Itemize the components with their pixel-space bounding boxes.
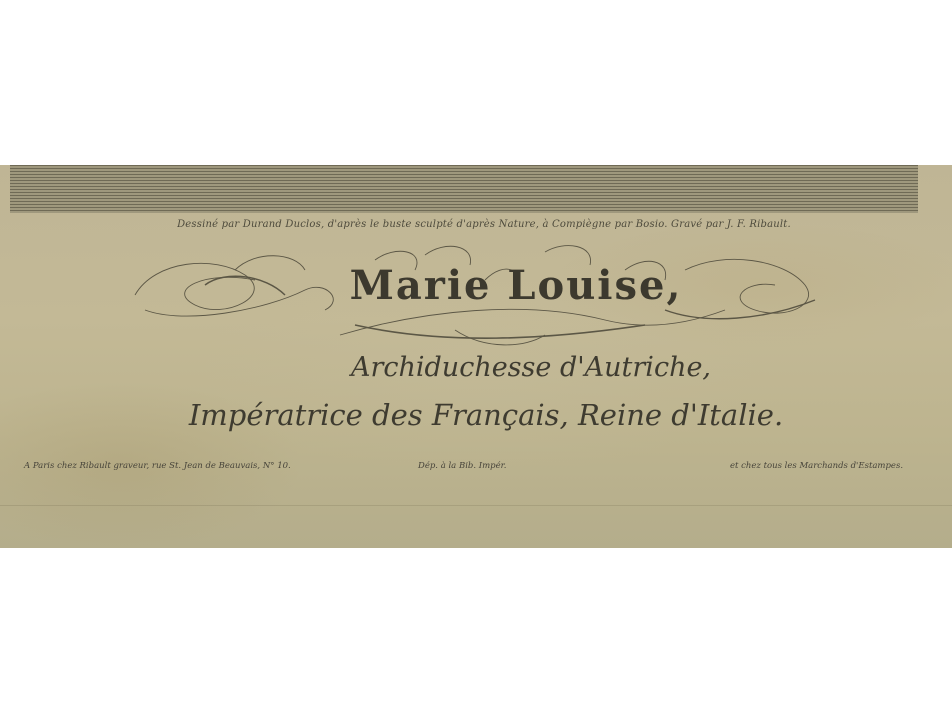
sellers-notice: et chez tous les Marchands d'Estampes. xyxy=(730,461,903,471)
hatched-border-band xyxy=(10,165,918,213)
artist-credit-line: Dessiné par Durand Duclos, d'après le bu… xyxy=(0,219,952,230)
publisher-imprint: A Paris chez Ribault graveur, rue St. Je… xyxy=(24,461,291,471)
deposit-notice: Dép. à la Bib. Impér. xyxy=(418,461,506,471)
subtitle-empress: Impératrice des Français, Reine d'Italie… xyxy=(0,398,952,432)
print-title: Marie Louise, xyxy=(0,262,952,309)
subtitle-archduchess: Archiduchesse d'Autriche, xyxy=(0,352,952,383)
paper-crease xyxy=(0,505,952,506)
